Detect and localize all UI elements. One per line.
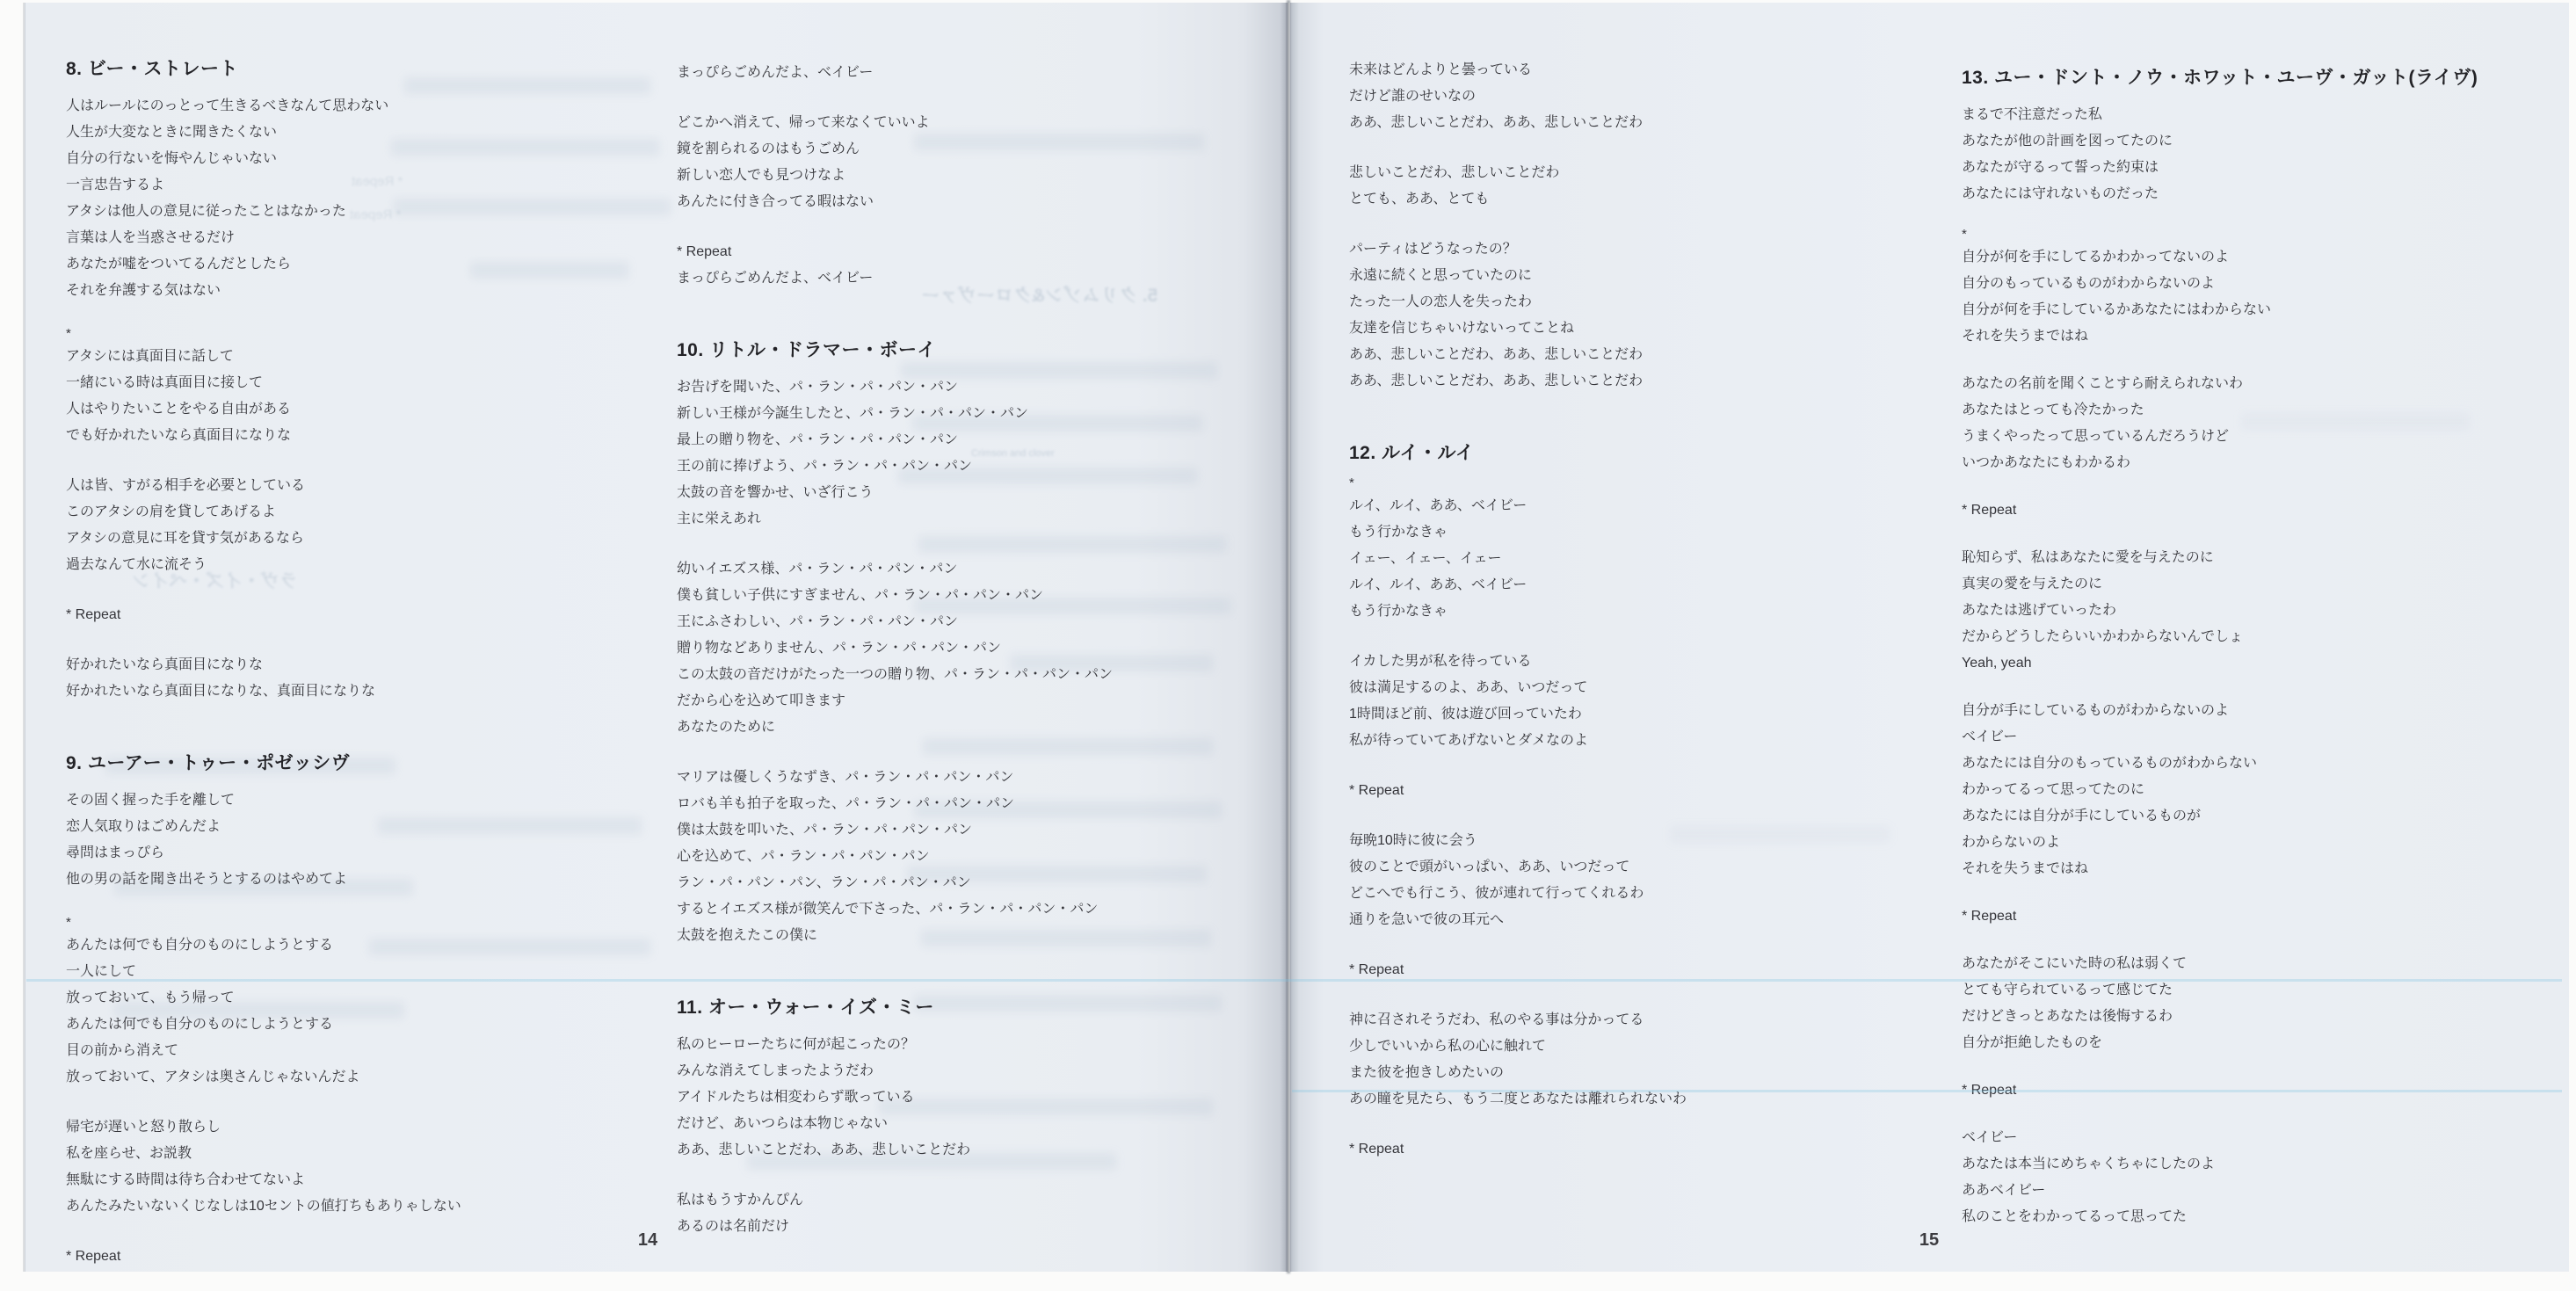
lyric-line: あんたは何でも自分のものにしようとする: [66, 932, 681, 959]
lyric-line: マリアは優しくうなずき、パ・ラン・パ・パン・パン: [677, 765, 1292, 791]
lyric-line: あなたはとっても冷たかった: [1962, 397, 2570, 424]
song-title: 9. ユーアー・トゥー・ポゼッシヴ: [66, 749, 681, 779]
lyric-line: 帰宅が遅いと怒り散らし: [66, 1114, 681, 1141]
lyric-line: あなたの名前を聞くことすら耐えられないわ: [1962, 371, 2570, 397]
lyric-line: 一言忠告するよ: [66, 172, 681, 199]
lyric-stanza: その固く握った手を離して恋人気取りはごめんだよ尋問はまっぴら他の男の話を聞き出そ…: [66, 787, 681, 893]
lyric-line: 通りを急いで彼の耳元へ: [1349, 907, 1964, 933]
lyric-stanza: * Repeat: [1349, 778, 1964, 804]
lyric-stanza: 私はもうすかんぴんあるのは名前だけ: [677, 1187, 1292, 1240]
lyric-line: もう行かなきゃ: [1349, 598, 1964, 625]
lyric-line: 悲しいことだわ、悲しいことだわ: [1349, 160, 1964, 186]
lyric-line: アタシには真面目に話して: [66, 344, 681, 370]
lyric-stanza: あなたがそこにいた時の私は弱くてとても守られているって感じてただけどきっとあなた…: [1962, 951, 2570, 1056]
lyric-stanza: ベイビーあなたは本当にめちゃくちゃにしたのよああベイビー私のことをわかってるって…: [1962, 1125, 2570, 1230]
lyric-line: * Repeat: [677, 239, 1292, 265]
lyric-line: * Repeat: [66, 602, 681, 628]
lyric-stanza: * Repeat: [1349, 1136, 1964, 1163]
lyric-line: あなたのために: [677, 714, 1292, 741]
lyric-line: アタシは他人の意見に従ったことはなかった: [66, 199, 681, 225]
lyric-stanza: 毎晩10時に彼に会う彼のことで頭がいっぱい、ああ、いつだってどこへでも行こう、彼…: [1349, 828, 1964, 933]
lyric-line: するとイエズス様が微笑んで下さった、パ・ラン・パ・パン・パン: [677, 896, 1292, 923]
lyric-stanza: どこかへ消えて、帰って来なくていいよ鏡を割られるのはもうごめん新しい恋人でも見つ…: [677, 110, 1292, 215]
lyric-line: Yeah, yeah: [1962, 650, 2570, 677]
lyric-line: うまくやったって思っているんだろうけど: [1962, 424, 2570, 450]
lyric-line: * Repeat: [1349, 1136, 1964, 1163]
lyric-line: * Repeat: [1962, 903, 2570, 930]
lyric-line: みんな消えてしまったようだわ: [677, 1058, 1292, 1084]
lyric-line: 太鼓の音を響かせ、いざ行こう: [677, 480, 1292, 506]
lyric-stanza: パーティはどうなったの？永遠に続くと思っていたのにたった一人の恋人を失ったわ友達…: [1349, 236, 1964, 395]
lyric-stanza: * Repeat: [66, 602, 681, 628]
lyric-line: お告げを聞いた、パ・ラン・パ・パン・パン: [677, 374, 1292, 401]
lyric-line: 好かれたいなら真面目になりな、真面目になりな: [66, 678, 681, 705]
lyric-line: あなたは本当にめちゃくちゃにしたのよ: [1962, 1151, 2570, 1178]
lyric-line: また彼を抱きしめたいの: [1349, 1060, 1964, 1086]
scan-artifact-line: [1292, 1090, 2562, 1092]
lyric-line: アイドルたちは相変わらず歌っている: [677, 1084, 1292, 1111]
lyric-line: もう行かなきゃ: [1349, 519, 1964, 546]
lyric-line: 太鼓を抱えたこの僕に: [677, 923, 1292, 949]
lyric-line: 人は皆、すがる相手を必要としている: [66, 473, 681, 499]
lyric-stanza: 自分が手にしているものがわからないのよベイビーあなたには自分のもっているものがわ…: [1962, 698, 2570, 882]
lyric-stanza: 悲しいことだわ、悲しいことだわとても、ああ、とても: [1349, 160, 1964, 213]
lyric-stanza: *アタシには真面目に話して一緒にいる時は真面目に接して人はやりたいことをやる自由…: [66, 328, 681, 449]
lyric-line: 王にふさわしい、パ・ラン・パ・パン・パン: [677, 609, 1292, 635]
lyric-line: だから心を込めて叩きます: [677, 688, 1292, 714]
lyric-line: ラン・パ・パン・パン、ラン・パ・パン・パン: [677, 870, 1292, 896]
booklet-scan: 5. クリムゾン&クローヴァー * Repeat * Repeat ラヴ・イズ・…: [0, 0, 2576, 1291]
lyric-line: ああ、悲しいことだわ、ああ、悲しいことだわ: [1349, 110, 1964, 136]
lyric-line: 幼いイエズス様、パ・ラン・パ・パン・パン: [677, 556, 1292, 583]
song-title: 10. リトル・ドラマー・ボーイ: [677, 336, 1292, 366]
lyric-line: あんたは何でも自分のものにしようとする: [66, 1012, 681, 1038]
lyric-line: パーティはどうなったの？: [1349, 236, 1964, 263]
lyric-line: 神に召されそうだわ、私のやる事は分かってる: [1349, 1007, 1964, 1034]
lyric-line: 私のヒーローたちに何が起こったの？: [677, 1032, 1292, 1058]
lyric-line: 言葉は人を当惑させるだけ: [66, 225, 681, 251]
lyric-line: 無駄にする時間は待ち合わせてないよ: [66, 1167, 681, 1193]
lyric-line: 好かれたいなら真面目になりな: [66, 652, 681, 678]
lyrics-column-1: 8. ビー・ストレート人はルールにのっとって生きるべきなんて思わない人生が大変な…: [66, 44, 681, 1291]
lyric-line: 過去なんて水に流そう: [66, 552, 681, 578]
lyric-stanza: 神に召されそうだわ、私のやる事は分かってる少しでいいから私の心に触れてまた彼を抱…: [1349, 1007, 1964, 1113]
lyric-line: 私のことをわかってるって思ってた: [1962, 1204, 2570, 1230]
lyric-line: だけど、あいつらは本物じゃない: [677, 1111, 1292, 1137]
lyric-line: ルイ、ルイ、ああ、ベイビー: [1349, 493, 1964, 519]
lyric-line: *: [66, 328, 681, 344]
lyric-line: 主に栄えあれ: [677, 506, 1292, 533]
lyric-line: ベイビー: [1962, 724, 2570, 751]
lyric-stanza: *あんたは何でも自分のものにしようとする一人にして放っておいて、もう帰ってあんた…: [66, 917, 681, 1091]
lyric-line: 人はルールにのっとって生きるべきなんて思わない: [66, 93, 681, 120]
lyric-line: 恋人気取りはごめんだよ: [66, 814, 681, 840]
lyric-line: この太鼓の音だけがたった一つの贈り物、パ・ラン・パ・パン・パン: [677, 662, 1292, 688]
lyric-line: どこかへ消えて、帰って来なくていいよ: [677, 110, 1292, 136]
lyric-line: だけど誰のせいなの: [1349, 83, 1964, 110]
lyric-line: 恥知らず、私はあなたに愛を与えたのに: [1962, 545, 2570, 571]
lyric-line: 心を込めて、パ・ラン・パ・パン・パン: [677, 844, 1292, 870]
lyric-line: 私はもうすかんぴん: [677, 1187, 1292, 1214]
lyric-line: ああ、悲しいことだわ、ああ、悲しいことだわ: [677, 1137, 1292, 1164]
lyric-line: 彼は満足するのよ、ああ、いつだって: [1349, 675, 1964, 701]
lyric-stanza: まっぴらごめんだよ、ベイビー: [677, 60, 1292, 86]
lyric-line: でも好かれたいなら真面目になりな: [66, 423, 681, 449]
lyric-line: わかってるって思ってたのに: [1962, 777, 2570, 803]
lyric-line: その固く握った手を離して: [66, 787, 681, 814]
lyric-line: ああ、悲しいことだわ、ああ、悲しいことだわ: [1349, 368, 1964, 395]
lyric-line: どこへでも行こう、彼が連れて行ってくれるわ: [1349, 881, 1964, 907]
lyric-line: 他の男の話を聞き出そうとするのはやめてよ: [66, 867, 681, 893]
lyric-stanza: まるで不注意だった私あなたが他の計画を図ってたのにあなたが守るって誓った約束はあ…: [1962, 102, 2570, 207]
song-title: 13. ユー・ドント・ノウ・ホワット・ユーヴ・ガット(ライヴ): [1962, 63, 2570, 93]
lyric-stanza: 帰宅が遅いと怒り散らし私を座らせ、お説教無駄にする時間は待ち合わせてないよあんた…: [66, 1114, 681, 1220]
lyric-stanza: 未来はどんよりと曇っているだけど誰のせいなのああ、悲しいことだわ、ああ、悲しいこ…: [1349, 57, 1964, 136]
lyric-line: 永遠に続くと思っていたのに: [1349, 263, 1964, 289]
lyric-stanza: 人はルールにのっとって生きるべきなんて思わない人生が大変なときに聞きたくない自分…: [66, 93, 681, 304]
lyric-line: 自分が何を手にしているかあなたにはわからない: [1962, 297, 2570, 323]
lyric-line: 最上の贈り物を、パ・ラン・パ・パン・パン: [677, 427, 1292, 453]
lyric-line: * Repeat: [66, 1244, 681, 1270]
lyric-stanza: * Repeatまっぴらごめんだよ、ベイビー: [677, 239, 1292, 292]
lyric-line: あなたが他の計画を図ってたのに: [1962, 128, 2570, 155]
lyric-stanza: * Repeat: [1962, 903, 2570, 930]
lyric-line: 目の前から消えて: [66, 1038, 681, 1064]
lyric-line: 未来はどんよりと曇っている: [1349, 57, 1964, 83]
lyric-stanza: *自分が何を手にしてるかわかってないのよ自分のもっているものがわからないのよ自分…: [1962, 228, 2570, 350]
lyric-line: ルイ、ルイ、ああ、ベイビー: [1349, 572, 1964, 598]
page-number: 15: [1894, 1230, 1964, 1251]
lyric-line: ああ、悲しいことだわ、ああ、悲しいことだわ: [1349, 342, 1964, 368]
lyric-line: 王の前に捧げよう、パ・ラン・パ・パン・パン: [677, 453, 1292, 480]
song-title: 12. ルイ・ルイ: [1349, 439, 1964, 468]
lyric-line: 私が待っていてあげないとダメなのよ: [1349, 728, 1964, 754]
lyric-stanza: 私のヒーローたちに何が起こったの？みんな消えてしまったようだわアイドルたちは相変…: [677, 1032, 1292, 1164]
lyric-stanza: マリアは優しくうなずき、パ・ラン・パ・パン・パンロバも羊も拍子を取った、パ・ラン…: [677, 765, 1292, 949]
lyric-line: 私を座らせ、お説教: [66, 1141, 681, 1167]
lyric-line: 自分が手にしているものがわからないのよ: [1962, 698, 2570, 724]
lyric-line: 一緒にいる時は真面目に接して: [66, 370, 681, 396]
lyric-line: 真実の愛を与えたのに: [1962, 571, 2570, 598]
lyric-stanza: 恥知らず、私はあなたに愛を与えたのに真実の愛を与えたのにあなたは逃げていったわだ…: [1962, 545, 2570, 677]
lyric-line: だけどきっとあなたは後悔するわ: [1962, 1004, 2570, 1030]
lyric-line: 自分が何を手にしてるかわかってないのよ: [1962, 244, 2570, 271]
lyric-line: *: [66, 917, 681, 932]
lyric-line: それを失うまではね: [1962, 323, 2570, 350]
lyric-line: あなたには自分が手にしているものが: [1962, 803, 2570, 830]
lyrics-column-3: 未来はどんよりと曇っているだけど誰のせいなのああ、悲しいことだわ、ああ、悲しいこ…: [1349, 57, 1964, 1186]
lyric-stanza: あなたの名前を聞くことすら耐えられないわあなたはとっても冷たかったうまくやったっ…: [1962, 371, 2570, 476]
lyrics-column-2: まっぴらごめんだよ、ベイビーどこかへ消えて、帰って来なくていいよ鏡を割られるのは…: [677, 60, 1292, 1264]
lyric-line: あなたには自分のもっているものがわからない: [1962, 751, 2570, 777]
lyric-line: あなたは逃げていったわ: [1962, 598, 2570, 624]
page-number: 14: [613, 1230, 683, 1251]
lyric-line: わからないのよ: [1962, 830, 2570, 856]
lyric-line: 新しい王様が今誕生したと、パ・ラン・パ・パン・パン: [677, 401, 1292, 427]
lyric-line: 新しい恋人でも見つけなよ: [677, 163, 1292, 189]
lyric-line: 贈り物などありません、パ・ラン・パ・パン・パン: [677, 635, 1292, 662]
lyrics-column-4: 13. ユー・ドント・ノウ・ホワット・ユーヴ・ガット(ライヴ)まるで不注意だった…: [1962, 53, 2570, 1251]
lyric-line: 人はやりたいことをやる自由がある: [66, 396, 681, 423]
lyric-line: 僕も貧しい子供にすぎません、パ・ラン・パ・パン・パン: [677, 583, 1292, 609]
lyric-line: 尋問はまっぴら: [66, 840, 681, 867]
lyric-line: 鏡を割られるのはもうごめん: [677, 136, 1292, 163]
lyric-line: 自分が拒絶したものを: [1962, 1030, 2570, 1056]
lyric-line: まっぴらごめんだよ、ベイビー: [677, 60, 1292, 86]
lyric-line: 友達を信じちゃいけないってことね: [1349, 315, 1964, 342]
lyric-line: あなたには守れないものだった: [1962, 181, 2570, 207]
lyric-line: あなたがそこにいた時の私は弱くて: [1962, 951, 2570, 977]
lyric-stanza: イカした男が私を待っている彼は満足するのよ、ああ、いつだって1時間ほど前、彼は遊…: [1349, 649, 1964, 754]
lyric-line: あんたみたいないくじなしは10セントの値打ちもありゃしない: [66, 1193, 681, 1220]
lyric-line: *: [1962, 228, 2570, 244]
lyric-line: あるのは名前だけ: [677, 1214, 1292, 1240]
lyric-line: ロバも羊も拍子を取った、パ・ラン・パ・パン・パン: [677, 791, 1292, 817]
lyric-line: 僕は太鼓を叩いた、パ・ラン・パ・パン・パン: [677, 817, 1292, 844]
lyric-line: それを弁護する気はない: [66, 278, 681, 304]
lyric-stanza: 幼いイエズス様、パ・ラン・パ・パン・パン僕も貧しい子供にすぎません、パ・ラン・パ…: [677, 556, 1292, 741]
lyric-line: このアタシの肩を貸してあげるよ: [66, 499, 681, 526]
lyric-line: 1時間ほど前、彼は遊び回っていたわ: [1349, 701, 1964, 728]
lyric-line: まっぴらごめんだよ、ベイビー: [677, 265, 1292, 292]
lyric-line: あなたが嘘をついてるんだとしたら: [66, 251, 681, 278]
lyric-line: 少しでいいから私の心に触れて: [1349, 1034, 1964, 1060]
lyric-line: * Repeat: [1349, 778, 1964, 804]
lyric-line: ああベイビー: [1962, 1178, 2570, 1204]
lyric-line: いつかあなたにもわかるわ: [1962, 450, 2570, 476]
lyric-stanza: *ルイ、ルイ、ああ、ベイビーもう行かなきゃイェー、イェー、イェールイ、ルイ、ああ…: [1349, 477, 1964, 625]
lyric-line: それを失うまではね: [1962, 856, 2570, 882]
lyric-line: イカした男が私を待っている: [1349, 649, 1964, 675]
lyric-line: 自分のもっているものがわからないのよ: [1962, 271, 2570, 297]
lyric-line: アタシの意見に耳を貸す気があるなら: [66, 526, 681, 552]
lyric-line: まるで不注意だった私: [1962, 102, 2570, 128]
lyric-line: *: [1349, 477, 1964, 493]
lyric-line: 毎晩10時に彼に会う: [1349, 828, 1964, 854]
lyric-stanza: お告げを聞いた、パ・ラン・パ・パン・パン新しい王様が今誕生したと、パ・ラン・パ・…: [677, 374, 1292, 533]
scan-artifact-line: [26, 979, 2562, 982]
lyric-line: 自分の行ないを悔やんじゃいない: [66, 146, 681, 172]
lyric-line: 放っておいて、アタシは奥さんじゃないんだよ: [66, 1064, 681, 1091]
song-title: 11. オー・ウォー・イズ・ミー: [677, 993, 1292, 1023]
scan-edge: [23, 3, 25, 1272]
lyric-line: 放っておいて、もう帰って: [66, 985, 681, 1012]
lyric-line: 彼のことで頭がいっぱい、ああ、いつだって: [1349, 854, 1964, 881]
lyric-line: あなたが守るって誓った約束は: [1962, 155, 2570, 181]
song-title: 8. ビー・ストレート: [66, 54, 681, 84]
lyric-line: 人生が大変なときに聞きたくない: [66, 120, 681, 146]
lyric-stanza: * Repeat: [66, 1244, 681, 1270]
lyric-line: ベイビー: [1962, 1125, 2570, 1151]
lyric-stanza: 人は皆、すがる相手を必要としているこのアタシの肩を貸してあげるよアタシの意見に耳…: [66, 473, 681, 578]
lyric-line: とても、ああ、とても: [1349, 186, 1964, 213]
lyric-line: * Repeat: [1962, 497, 2570, 524]
lyric-line: あんたに付き合ってる暇はない: [677, 189, 1292, 215]
lyric-stanza: * Repeat: [1962, 497, 2570, 524]
lyric-line: イェー、イェー、イェー: [1349, 546, 1964, 572]
lyric-stanza: 好かれたいなら真面目になりな好かれたいなら真面目になりな、真面目になりな: [66, 652, 681, 705]
lyric-line: だからどうしたらいいかわからないんでしょ: [1962, 624, 2570, 650]
lyric-line: たった一人の恋人を失ったわ: [1349, 289, 1964, 315]
